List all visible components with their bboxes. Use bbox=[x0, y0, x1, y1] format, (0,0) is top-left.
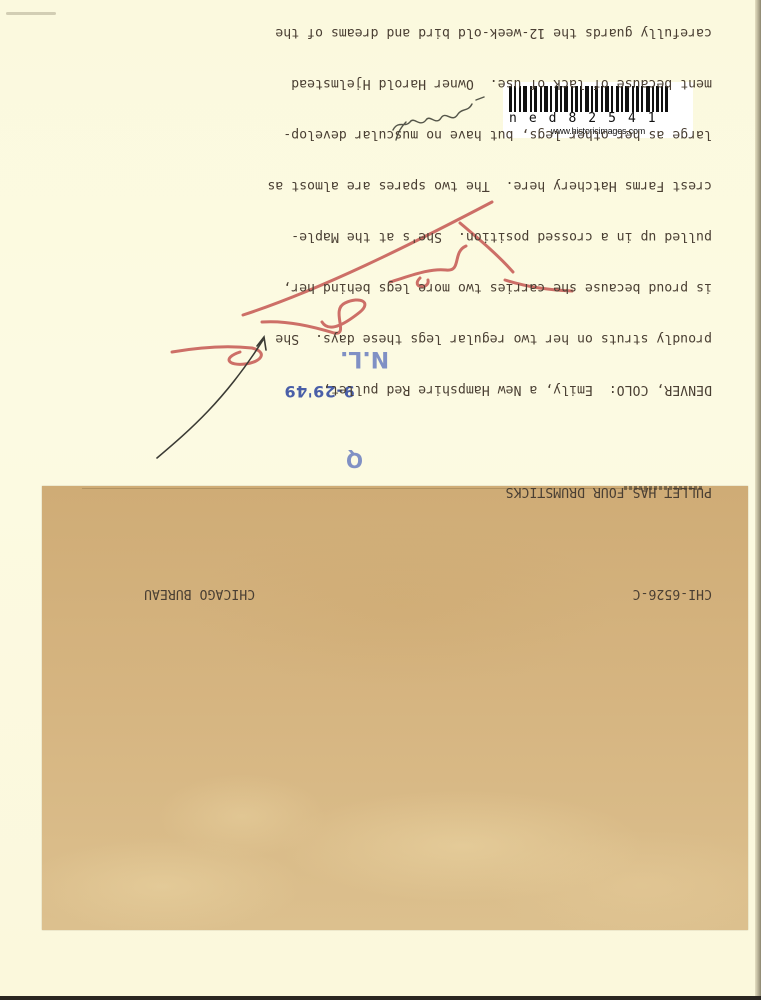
caption-bureau: CHICAGO BUREAU bbox=[144, 585, 255, 602]
caption-body-line: DENVER, COLO: Emily, a New Hampshire Red… bbox=[72, 381, 712, 398]
paper-smudge bbox=[6, 12, 56, 15]
caption-id: CHI-6526-C bbox=[633, 585, 712, 602]
caption-body-line: proudly struts on her two regular legs t… bbox=[72, 330, 712, 347]
caption-body-line: large as her other legs, but have no mus… bbox=[72, 126, 712, 143]
caption-text: CHI-6526-C CHICAGO BUREAU PULLET HAS FOU… bbox=[72, 510, 712, 860]
paper-right-edge bbox=[755, 0, 761, 996]
caption-headline: PULLET HAS FOUR DRUMSTICKS bbox=[72, 483, 712, 500]
bottom-edge bbox=[0, 996, 761, 1000]
caption-body-line: carefully guards the 12-week-old bird an… bbox=[72, 24, 712, 41]
caption-body-line: pulled up in a crossed position. She's a… bbox=[72, 228, 712, 245]
caption-body-line: ment because of lack of use. Owner Harol… bbox=[72, 75, 712, 92]
caption-header-row: CHI-6526-C CHICAGO BUREAU bbox=[72, 585, 712, 602]
caption-card: CHI-6526-C CHICAGO BUREAU PULLET HAS FOU… bbox=[42, 486, 748, 930]
photo-back-paper: ned82541 www.historicimages.com N.L. 9-2… bbox=[0, 0, 761, 996]
caption-body-line: crest Farms Hatchery here. The two spare… bbox=[72, 177, 712, 194]
caption-body-line: is proud because she carries two more le… bbox=[72, 279, 712, 296]
